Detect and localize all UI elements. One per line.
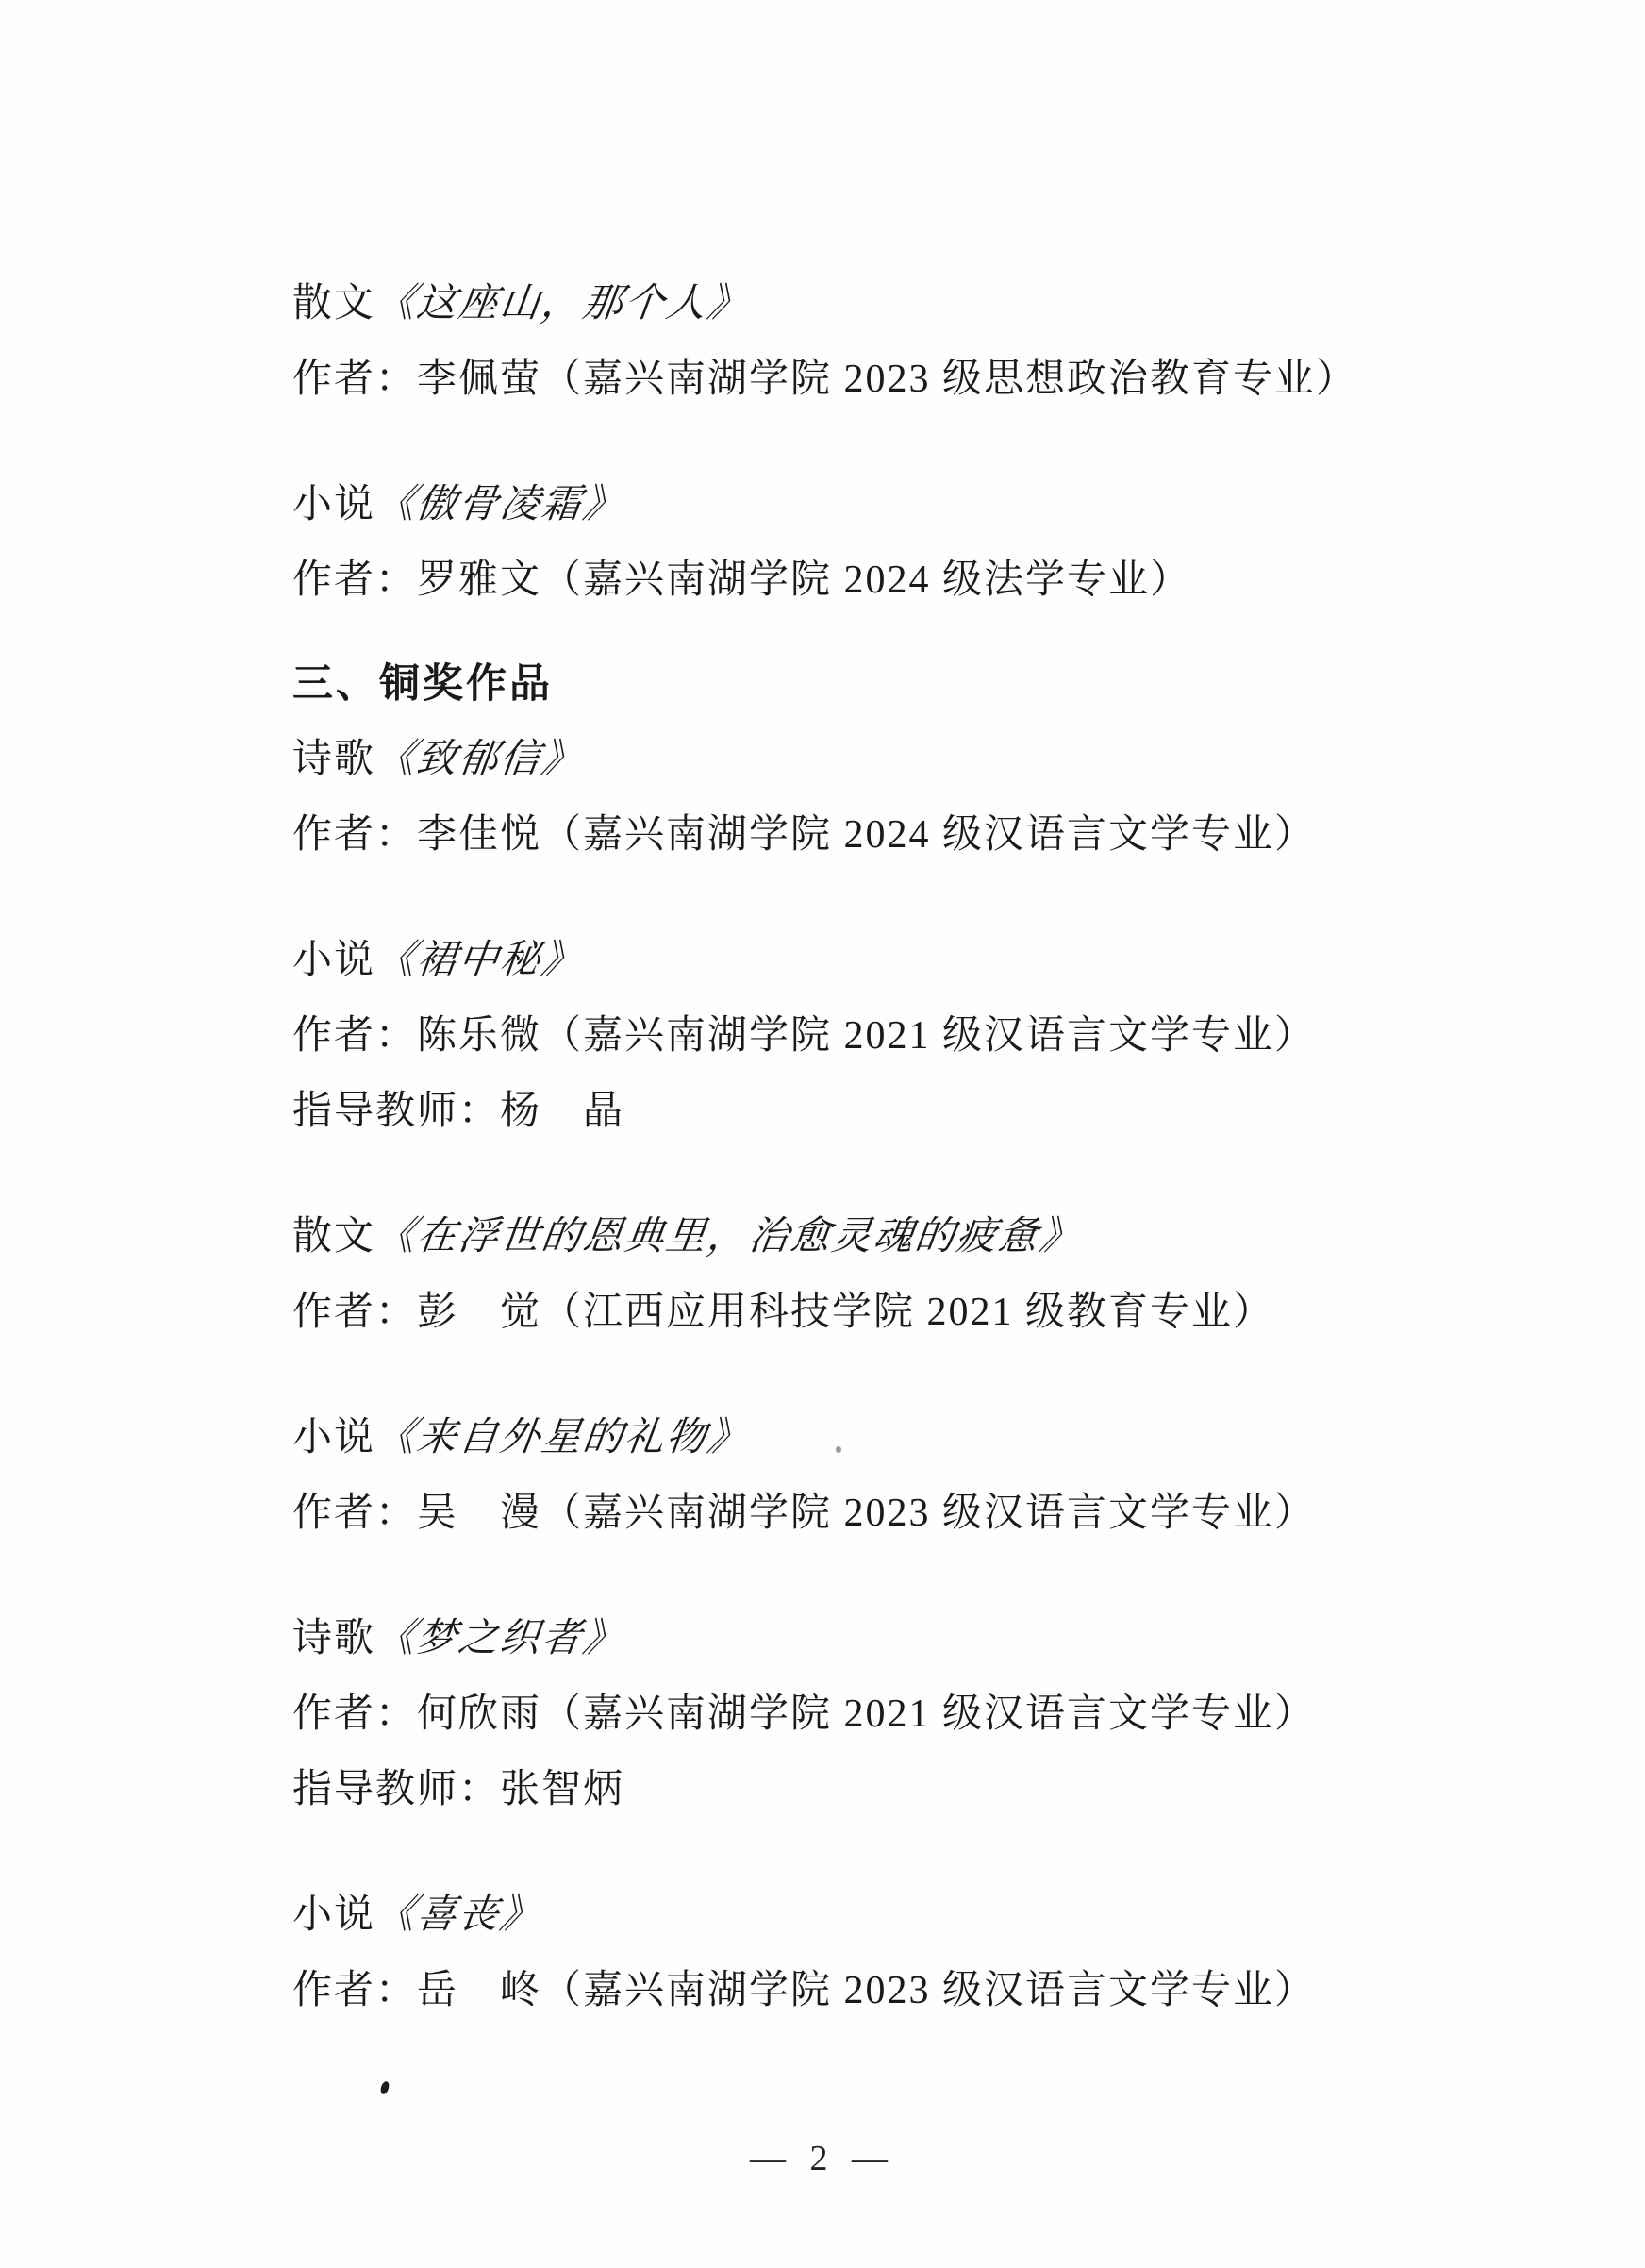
work-genre: 小说 (292, 1416, 375, 1459)
work-title-line: 散文《在浮世的恩典里，治愈灵魂的疲惫》 (292, 1199, 1551, 1275)
work-title-line: 小说《傲骨凌霜》 (292, 467, 1551, 542)
award-entry: 小说《傲骨凌霜》 作者：罗雅文（嘉兴南湖学院 2024 级法学专业） (292, 467, 1551, 618)
work-advisor-line: 指导教师：张智炳 (292, 1752, 1551, 1827)
award-entry: 小说《喜丧》 作者：岳 峂（嘉兴南湖学院 2023 级汉语言文学专业） (292, 1877, 1551, 2028)
page-number: — 2 — (750, 2139, 895, 2178)
work-genre: 散文 (292, 282, 375, 325)
award-entry: 散文《在浮世的恩典里，治愈灵魂的疲惫》 作者：彭 觉（江西应用科技学院 2021… (292, 1199, 1551, 1350)
award-entry: 散文《这座山，那个人》 作者：李佩萤（嘉兴南湖学院 2023 级思想政治教育专业… (292, 266, 1551, 417)
work-genre: 小说 (292, 1893, 375, 1937)
work-title: 《裙中秘》 (371, 923, 588, 998)
work-genre: 散文 (292, 1215, 375, 1259)
work-title: 《在浮世的恩典里，治愈灵魂的疲惫》 (371, 1199, 1086, 1275)
work-title: 《傲骨凌霜》 (371, 467, 629, 542)
work-author-line: 作者：何欣雨（嘉兴南湖学院 2021 级汉语言文学专业） (292, 1676, 1551, 1752)
work-advisor-line: 指导教师：杨 晶 (292, 1074, 1551, 1149)
work-title: 《致郁信》 (371, 722, 588, 797)
work-author-line: 作者：李佩萤（嘉兴南湖学院 2023 级思想政治教育专业） (292, 342, 1551, 417)
section-bronze: 三、铜奖作品 (292, 646, 1551, 722)
work-title: 《梦之织者》 (371, 1601, 629, 1676)
work-author-line: 作者：陈乐微（嘉兴南湖学院 2021 级汉语言文学专业） (292, 998, 1551, 1074)
work-genre: 诗歌 (292, 1617, 375, 1660)
work-genre: 诗歌 (292, 738, 375, 781)
work-title: 《来自外星的礼物》 (371, 1400, 754, 1476)
work-title-line: 散文《这座山，那个人》 (292, 266, 1551, 342)
ink-speck (379, 2080, 390, 2095)
award-entry: 小说《来自外星的礼物》 作者：吴 漫（嘉兴南湖学院 2023 级汉语言文学专业） (292, 1400, 1551, 1551)
work-author-line: 作者：罗雅文（嘉兴南湖学院 2024 级法学专业） (292, 542, 1551, 618)
work-title: 《这座山，那个人》 (371, 266, 754, 342)
award-entry: 诗歌《梦之织者》 作者：何欣雨（嘉兴南湖学院 2021 级汉语言文学专业） 指导… (292, 1601, 1551, 1827)
work-author-line: 作者：岳 峂（嘉兴南湖学院 2023 级汉语言文学专业） (292, 1953, 1551, 2028)
work-genre: 小说 (292, 483, 375, 526)
work-title: 《喜丧》 (371, 1877, 546, 1953)
award-entry: 小说《裙中秘》 作者：陈乐微（嘉兴南湖学院 2021 级汉语言文学专业） 指导教… (292, 923, 1551, 1149)
page-footer: — 2 — (0, 2138, 1645, 2179)
work-genre: 小说 (292, 939, 375, 982)
work-title-line: 诗歌《致郁信》 (292, 722, 1551, 797)
award-entry: 诗歌《致郁信》 作者：李佳悦（嘉兴南湖学院 2024 级汉语言文学专业） (292, 722, 1551, 873)
work-title-line: 小说《喜丧》 (292, 1877, 1551, 1953)
scanned-document-page: 散文《这座山，那个人》 作者：李佩萤（嘉兴南湖学院 2023 级思想政治教育专业… (0, 0, 1645, 2268)
section-heading-bronze: 三、铜奖作品 (292, 646, 1551, 722)
work-title-line: 小说《裙中秘》 (292, 923, 1551, 998)
award-list: 散文《这座山，那个人》 作者：李佩萤（嘉兴南湖学院 2023 级思想政治教育专业… (292, 266, 1551, 2028)
work-author-line: 作者：吴 漫（嘉兴南湖学院 2023 级汉语言文学专业） (292, 1476, 1551, 1551)
work-title-line: 小说《来自外星的礼物》 (292, 1400, 1551, 1476)
work-title-line: 诗歌《梦之织者》 (292, 1601, 1551, 1676)
work-author-line: 作者：李佳悦（嘉兴南湖学院 2024 级汉语言文学专业） (292, 797, 1551, 873)
work-author-line: 作者：彭 觉（江西应用科技学院 2021 级教育专业） (292, 1275, 1551, 1350)
